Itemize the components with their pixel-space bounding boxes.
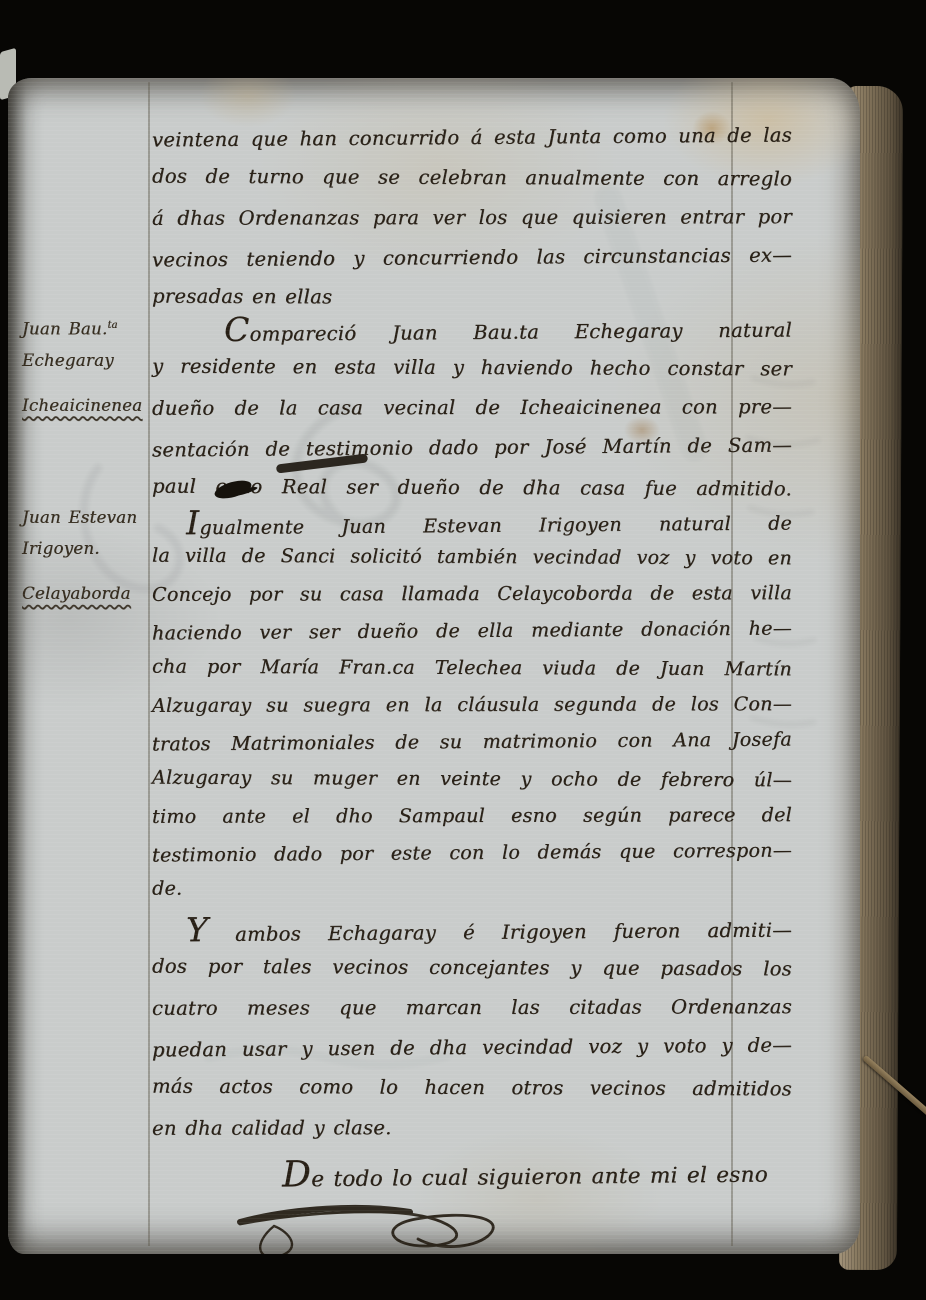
text-line: vecinos teniendo y concurriendo las circ… [152,235,792,280]
margin-note-irigoyen: Juan Estevan Irigoyen. Celayaborda [22,502,148,609]
margin-rule-left [148,82,150,1246]
text-line: Alzugaray su suegra en la cláusula segun… [152,686,792,725]
margin-note-name-line: Juan Bau.ta [22,310,148,345]
text-line: timo ante el dho Sampaul esno según pare… [152,797,792,836]
margin-note-echegaray: Juan Bau.ta Echegaray Icheaicinenea [22,310,148,421]
margin-note-surname: Echegaray [22,345,148,376]
paragraph-vecindad-junta: veintena que han concurrido á esta Junta… [152,118,792,318]
text-line: Compareció Juan Bau.ta Echegaray natural [152,305,792,350]
text-line: haciendo ver ser dueño de ella mediante … [152,610,792,652]
text-line: testimonio dado por este con lo demás qu… [152,832,792,874]
text-line: la villa de Sanci solicitó también vecin… [152,538,792,578]
text-line: y residente en esta villa y haviendo hec… [152,347,792,390]
margin-note-name-line: Juan Estevan [22,502,148,533]
margin-note-surname: Irigoyen. [22,533,148,564]
text-line: dos de turno que se celebran anualmente … [152,157,792,200]
text-line: cuatro meses que marcan las citadas Orde… [152,987,792,1029]
superscript-abbreviation: ta [107,320,117,331]
text-line: cha por María Fran.ca Telechea viuda de … [152,649,792,689]
text-line: tratos Matrimoniales de su matrimonio co… [152,721,792,763]
paragraph-irigoyen: Igualmente Juan Estevan Irigoyen natural… [152,502,792,909]
manuscript-page: Juan Bau.ta Echegaray Icheaicinenea Juan… [8,78,860,1254]
text-line: sentación de testimonio dado por José Ma… [152,425,792,470]
text-line: puedan usar y usen de dha vecindad voz y… [152,1025,792,1070]
text-line: dueño de la casa vecinal de Icheaicinene… [152,387,792,429]
text-line: Concejo por su casa llamada Celaycoborda… [152,575,792,614]
text-line: más actos como lo hacen otros vecinos ad… [152,1067,792,1110]
text-line: dos por tales vecinos concejantes y que … [152,947,792,990]
text-line: Alzugaray su muger en veinte y ocho de f… [152,760,792,800]
text-line: veintena que han concurrido á esta Junta… [152,115,792,160]
notary-rubric-flourish [232,1186,552,1254]
margin-note-house-name: Celayaborda [22,578,148,609]
margin-note-house-name: Icheaicinenea [22,390,148,421]
paragraph-admission: Y ambos Echagaray é Irigoyen fueron admi… [152,908,792,1148]
text-line: Y ambos Echagaray é Irigoyen fueron admi… [152,905,792,950]
text-line: Igualmente Juan Estevan Irigoyen natural… [152,499,792,541]
paragraph-echegaray: Compareció Juan Bau.ta Echegaray natural… [152,308,792,508]
manuscript-photo: Juan Bau.ta Echegaray Icheaicinenea Juan… [0,0,926,1300]
text-line: de. [152,871,792,911]
text-line: en dha calidad y clase. [152,1107,792,1149]
text-line: á dhas Ordenanzas para ver los que quisi… [152,197,792,239]
